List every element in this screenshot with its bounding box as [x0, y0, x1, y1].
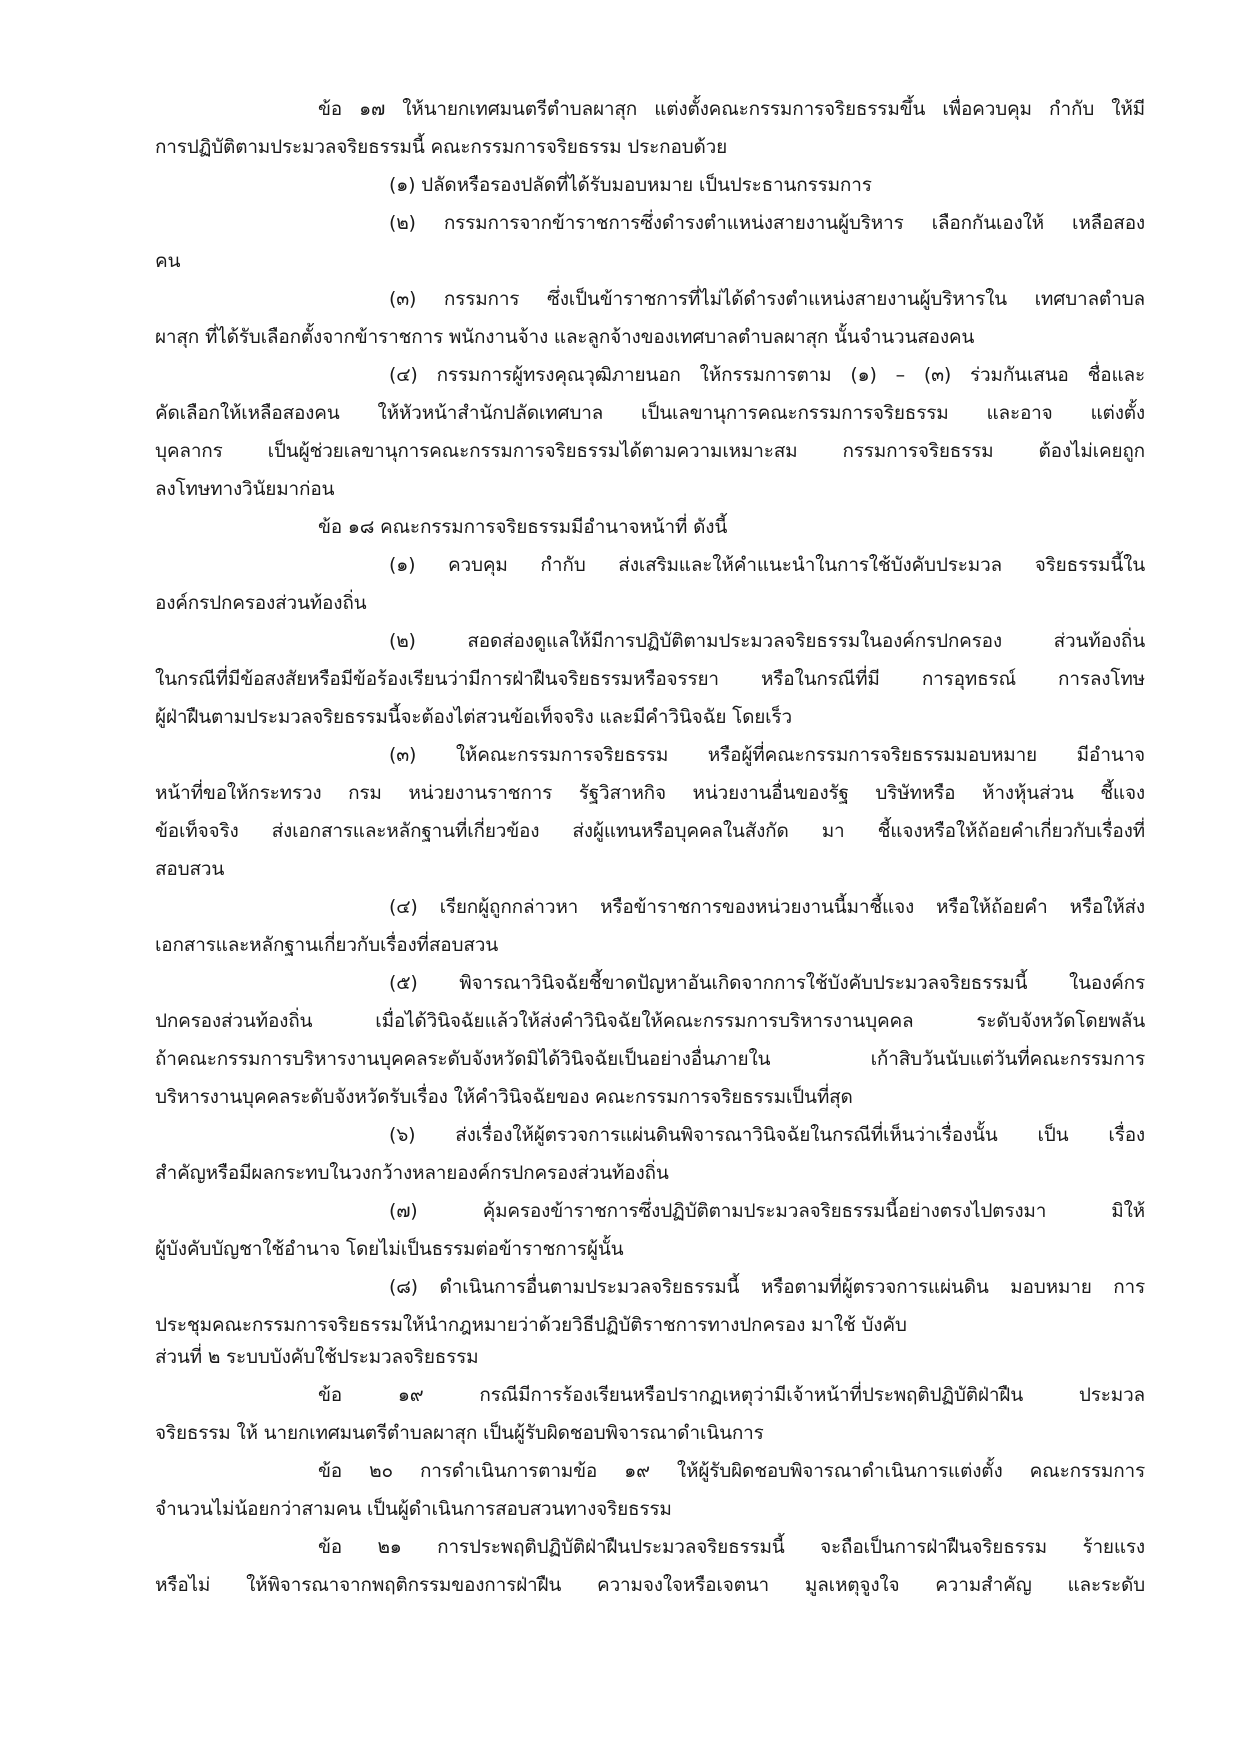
- clause-19-line-1: ข้อ ๑๙ กรณีมีการร้องเรียนหรือปรากฏเหตุว่…: [318, 1376, 1145, 1414]
- clause-18-item-1-line-2: องค์กรปกครองส่วนท้องถิ่น: [155, 584, 1145, 622]
- clause-18-item-3-line-1: (๓) ให้คณะกรรมการจริยธรรม หรือผู้ที่คณะก…: [389, 736, 1145, 774]
- clause-20-line-1: ข้อ ๒๐ การดำเนินการตามข้อ ๑๙ ให้ผู้รับผิ…: [318, 1452, 1145, 1490]
- clause-18-item-4-line-1: (๔) เรียกผู้ถูกกล่าวหา หรือข้าราชการของห…: [389, 888, 1145, 926]
- clause-18-item-2-line-3: ผู้ฝ่าฝืนตามประมวลจริยธรรมนี้จะต้องไต่สว…: [155, 698, 1145, 736]
- clause-18-item-5-line-4: บริหารงานบุคคลระดับจังหวัดรับเรื่อง ให้ค…: [155, 1078, 1145, 1116]
- clause-18-item-3-line-4: สอบสวน: [155, 850, 1145, 888]
- clause-17-line-2: การปฏิบัติตามประมวลจริยธรรมนี้ คณะกรรมกา…: [155, 128, 1145, 166]
- clause-18-item-4-line-2: เอกสารและหลักฐานเกี่ยวกับเรื่องที่สอบสวน: [155, 926, 1145, 964]
- clause-19-line-2: จริยธรรม ให้ นายกเทศมนตรีตำบลผาสุก เป็นผ…: [155, 1414, 1145, 1452]
- clause-18-item-2-line-2: ในกรณีที่มีข้อสงสัยหรือมีข้อร้องเรียนว่า…: [155, 660, 1145, 698]
- clause-18-item-7-line-2: ผู้บังคับบัญชาใช้อำนาจ โดยไม่เป็นธรรมต่อ…: [155, 1230, 1145, 1268]
- clause-17-item-2-line-2: คน: [155, 242, 1145, 280]
- clause-17-item-4-line-2: คัดเลือกให้เหลือสองคน ให้หัวหน้าสำนักปลั…: [155, 394, 1145, 432]
- clause-18-item-3-line-2: หน้าที่ขอให้กระทรวง กรม หน่วยงานราชการ ร…: [155, 774, 1145, 812]
- clause-18-item-6-line-2: สำคัญหรือมีผลกระทบในวงกว้างหลายองค์กรปกค…: [155, 1154, 1145, 1192]
- clause-17-item-4-line-1: (๔) กรรมการผู้ทรงคุณวุฒิภายนอก ให้กรรมกา…: [389, 356, 1145, 394]
- clause-21-line-1: ข้อ ๒๑ การประพฤติปฏิบัติฝ่าฝืนประมวลจริย…: [318, 1528, 1145, 1566]
- clause-17-item-2-line-1: (๒) กรรมการจากข้าราชการซึ่งดำรงตำแหน่งสา…: [389, 204, 1145, 242]
- clause-17-item-3-line-2: ผาสุก ที่ได้รับเลือกตั้งจากข้าราชการ พนั…: [155, 318, 1145, 356]
- clause-18-item-5-line-3: ถ้าคณะกรรมการบริหารงานบุคคลระดับจังหวัดม…: [155, 1040, 1145, 1078]
- clause-17-item-4-line-4: ลงโทษทางวินัยมาก่อน: [155, 470, 1145, 508]
- clause-18-item-2-line-1: (๒) สอดส่องดูแลให้มีการปฏิบัติตามประมวลจ…: [389, 622, 1145, 660]
- clause-18-heading: ข้อ ๑๘ คณะกรรมการจริยธรรมมีอำนาจหน้าที่ …: [318, 508, 1145, 546]
- clause-18-item-1-line-1: (๑) ควบคุม กำกับ ส่งเสริมและให้คำแนะนำใน…: [389, 546, 1145, 584]
- clause-18-item-7-line-1: (๗) คุ้มครองข้าราชการซึ่งปฏิบัติตามประมว…: [389, 1192, 1145, 1230]
- clause-17-item-1: (๑) ปลัดหรือรองปลัดที่ได้รับมอบหมาย เป็น…: [389, 166, 1145, 204]
- clause-18-item-6-line-1: (๖) ส่งเรื่องให้ผู้ตรวจการแผ่นดินพิจารณา…: [389, 1116, 1145, 1154]
- section-2-heading: ส่วนที่ ๒ ระบบบังคับใช้ประมวลจริยธรรม: [155, 1338, 1145, 1376]
- clause-17-line-1: ข้อ ๑๗ ให้นายกเทศมนตรีตำบลผาสุก แต่งตั้ง…: [318, 90, 1145, 128]
- clause-18-item-8-line-1: (๘) ดำเนินการอื่นตามประมวลจริยธรรมนี้ หร…: [389, 1268, 1145, 1306]
- clause-17-item-3-line-1: (๓) กรรมการ ซึ่งเป็นข้าราชการที่ไม่ได้ดำ…: [389, 280, 1145, 318]
- clause-21-line-2: หรือไม่ ให้พิจารณาจากพฤติกรรมของการฝ่าฝื…: [155, 1566, 1145, 1604]
- document-page: ข้อ ๑๗ ให้นายกเทศมนตรีตำบลผาสุก แต่งตั้ง…: [0, 0, 1241, 1755]
- clause-20-line-2: จำนวนไม่น้อยกว่าสามคน เป็นผู้ดำเนินการสอ…: [155, 1490, 1145, 1528]
- clause-18-item-5-line-2: ปกครองส่วนท้องถิ่น เมื่อได้วินิจฉัยแล้วใ…: [155, 1002, 1145, 1040]
- clause-17-item-4-line-3: บุคลากร เป็นผู้ช่วยเลขานุการคณะกรรมการจร…: [155, 432, 1145, 470]
- clause-18-item-5-line-1: (๕) พิจารณาวินิจฉัยชี้ขาดปัญหาอันเกิดจาก…: [389, 964, 1145, 1002]
- clause-18-item-3-line-3: ข้อเท็จจริง ส่งเอกสารและหลักฐานที่เกี่ยว…: [155, 812, 1145, 850]
